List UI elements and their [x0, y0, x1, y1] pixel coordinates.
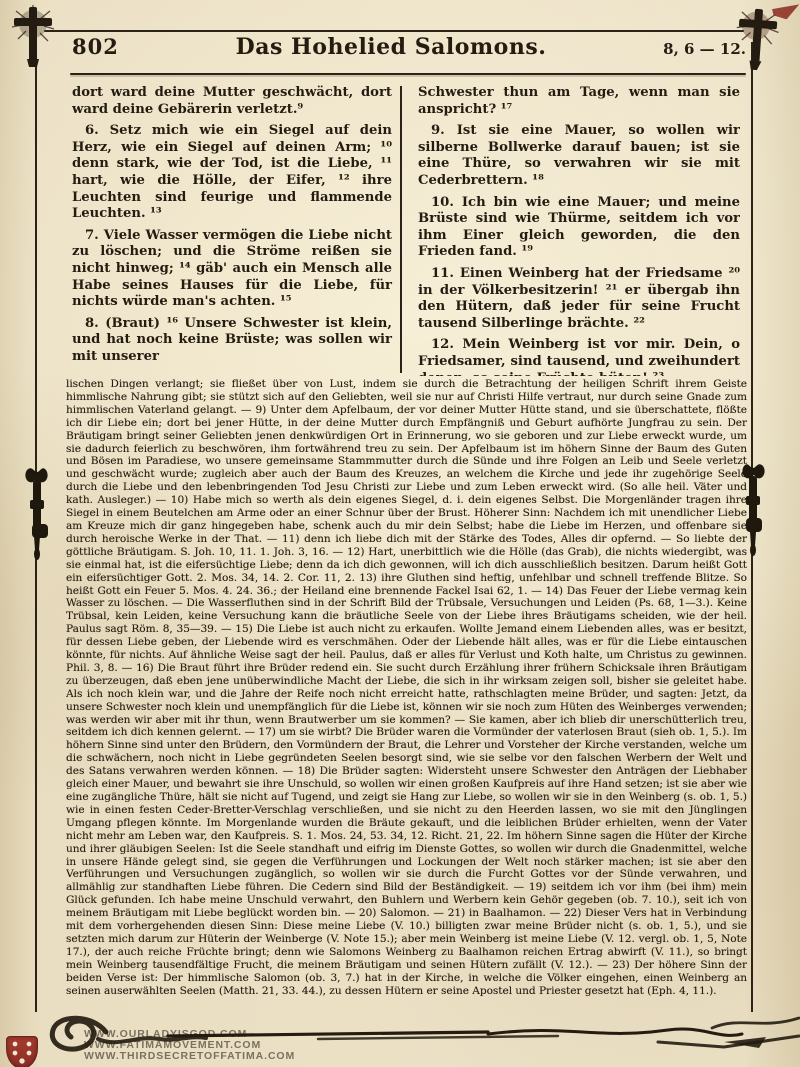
column-divider-rule — [400, 86, 402, 373]
verse-paragraph: 12. Mein Weinberg ist vor mir. Dein, o F… — [418, 337, 740, 376]
page-number: 802 — [72, 34, 119, 59]
verse-paragraph: dort ward deine Mutter geschwächt, dort … — [72, 85, 392, 118]
verse-paragraph: 6. Setz mich wie ein Siegel auf dein Her… — [72, 123, 392, 223]
frame-top-rule — [44, 30, 744, 32]
shield-logo-icon — [6, 1036, 38, 1067]
verse-paragraph: 8. (Braut) ¹⁶ Unsere Schwester ist klein… — [72, 316, 392, 366]
verse-paragraph: 11. Einen Weinberg hat der Friedsame ²⁰ … — [418, 266, 740, 332]
verse-paragraph: 10. Ich bin wie eine Mauer; und meine Br… — [418, 195, 740, 261]
verse-paragraph: 7. Viele Wasser vermögen die Liebe nicht… — [72, 228, 392, 311]
scanned-page: 802 Das Hohelied Salomons. 8, 6 — 12. do… — [0, 0, 800, 1067]
cross-ornament-icon — [9, 4, 57, 70]
clasp-ornament-icon — [24, 466, 50, 570]
page-header: 802 Das Hohelied Salomons. 8, 6 — 12. — [72, 34, 746, 60]
page-title: Das Hohelied Salomons. — [119, 34, 663, 60]
flourish-ornament — [18, 1012, 800, 1060]
verse-columns: dort ward deine Mutter geschwächt, dort … — [72, 85, 740, 376]
verse-column-right: Schwester thun am Tage, wenn man sie ans… — [418, 85, 740, 376]
verse-column-left: dort ward deine Mutter geschwächt, dort … — [72, 85, 392, 376]
verse-paragraph: 9. Ist sie eine Mauer, so wollen wir sil… — [418, 123, 740, 189]
header-rule — [70, 73, 746, 75]
commentary-block: lischen Dingen verlangt; sie fließet übe… — [66, 378, 747, 1014]
verse-paragraph: Schwester thun am Tage, wenn man sie ans… — [418, 85, 740, 118]
verse-range: 8, 6 — 12. — [663, 40, 746, 58]
